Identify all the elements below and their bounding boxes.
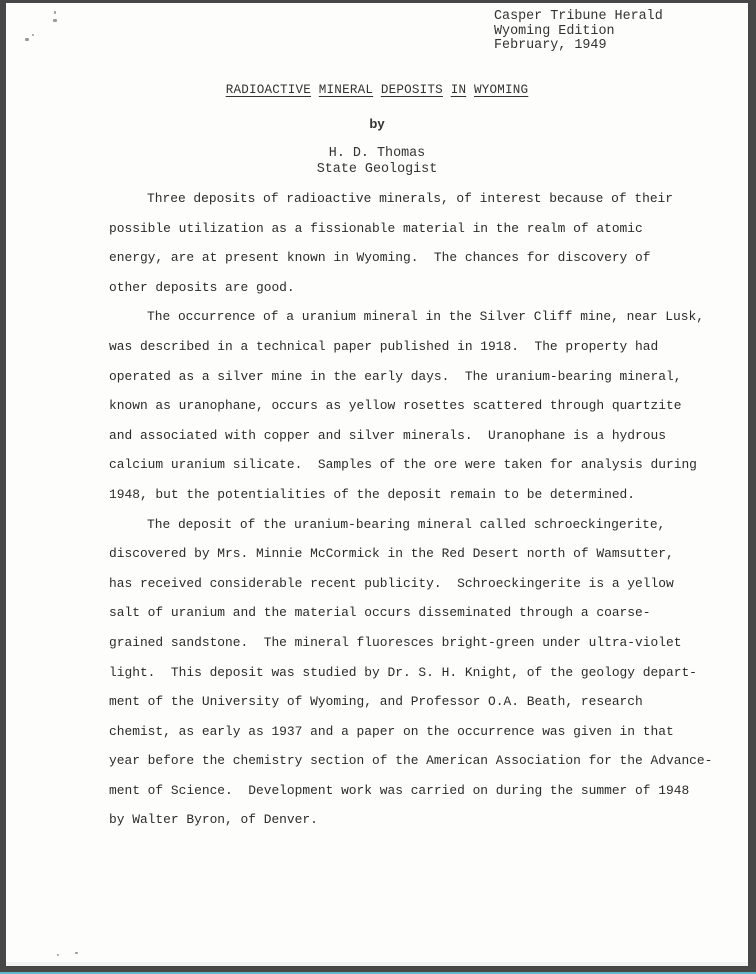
text-line: other deposits are good. (109, 278, 748, 308)
text-line: ment of Science. Development work was ca… (109, 781, 748, 811)
text-line: has received considerable recent publici… (109, 574, 748, 604)
text-line: grained sandstone. The mineral fluoresce… (109, 633, 748, 663)
text-line: known as uranophane, occurs as yellow ro… (109, 396, 748, 426)
text-line: and associated with copper and silver mi… (109, 426, 748, 456)
author-name: H. D. Thomas (6, 146, 748, 162)
paragraph: The deposit of the uranium-bearing miner… (109, 515, 748, 841)
text-line: ment of the University of Wyoming, and P… (109, 692, 748, 722)
text-line: salt of uranium and the material occurs … (109, 603, 748, 633)
document-title: RADIOACTIVE MINERAL DEPOSITS IN WYOMING (6, 83, 748, 97)
scan-speck (54, 11, 56, 14)
text-line: light. This deposit was studied by Dr. S… (109, 663, 748, 693)
text-line: Three deposits of radioactive minerals, … (109, 189, 748, 219)
title-word: DEPOSITS (381, 83, 443, 97)
text-line: was described in a technical paper publi… (109, 337, 748, 367)
source-publication: Casper Tribune Herald (494, 10, 663, 25)
text-line: energy, are at present known in Wyoming.… (109, 248, 748, 278)
scan-speck (25, 38, 29, 41)
text-line: chemist, as early as 1937 and a paper on… (109, 722, 748, 752)
title-word: IN (451, 83, 467, 97)
text-line: by Walter Byron, of Denver. (109, 810, 748, 840)
byline: by (6, 116, 748, 131)
scan-speck (75, 952, 78, 954)
paragraph: The occurrence of a uranium mineral in t… (109, 307, 748, 514)
title-word: MINERAL (319, 83, 373, 97)
scan-speck (32, 34, 34, 36)
source-date: February, 1949 (494, 39, 663, 54)
text-line: calcium uranium silicate. Samples of the… (109, 455, 748, 485)
source-header: Casper Tribune HeraldWyoming EditionFebr… (494, 10, 663, 54)
title-word: WYOMING (474, 83, 528, 97)
text-line: The deposit of the uranium-bearing miner… (109, 515, 748, 545)
text-line: 1948, but the potentialities of the depo… (109, 485, 748, 515)
text-line: operated as a silver mine in the early d… (109, 367, 748, 397)
title-word: RADIOACTIVE (226, 83, 311, 97)
text-line: discovered by Mrs. Minnie McCormick in t… (109, 544, 748, 574)
document-page: Casper Tribune HeraldWyoming EditionFebr… (6, 3, 748, 966)
author-block: H. D. ThomasState Geologist (6, 146, 748, 178)
source-edition: Wyoming Edition (494, 25, 663, 40)
author-role: State Geologist (6, 162, 748, 178)
scan-speck (57, 954, 59, 956)
text-line: The occurrence of a uranium mineral in t… (109, 307, 748, 337)
document-body: Three deposits of radioactive minerals, … (109, 189, 748, 840)
scan-speck (53, 19, 57, 22)
paragraph: Three deposits of radioactive minerals, … (109, 189, 748, 307)
text-line: possible utilization as a fissionable ma… (109, 219, 748, 249)
text-line: year before the chemistry section of the… (109, 751, 748, 781)
